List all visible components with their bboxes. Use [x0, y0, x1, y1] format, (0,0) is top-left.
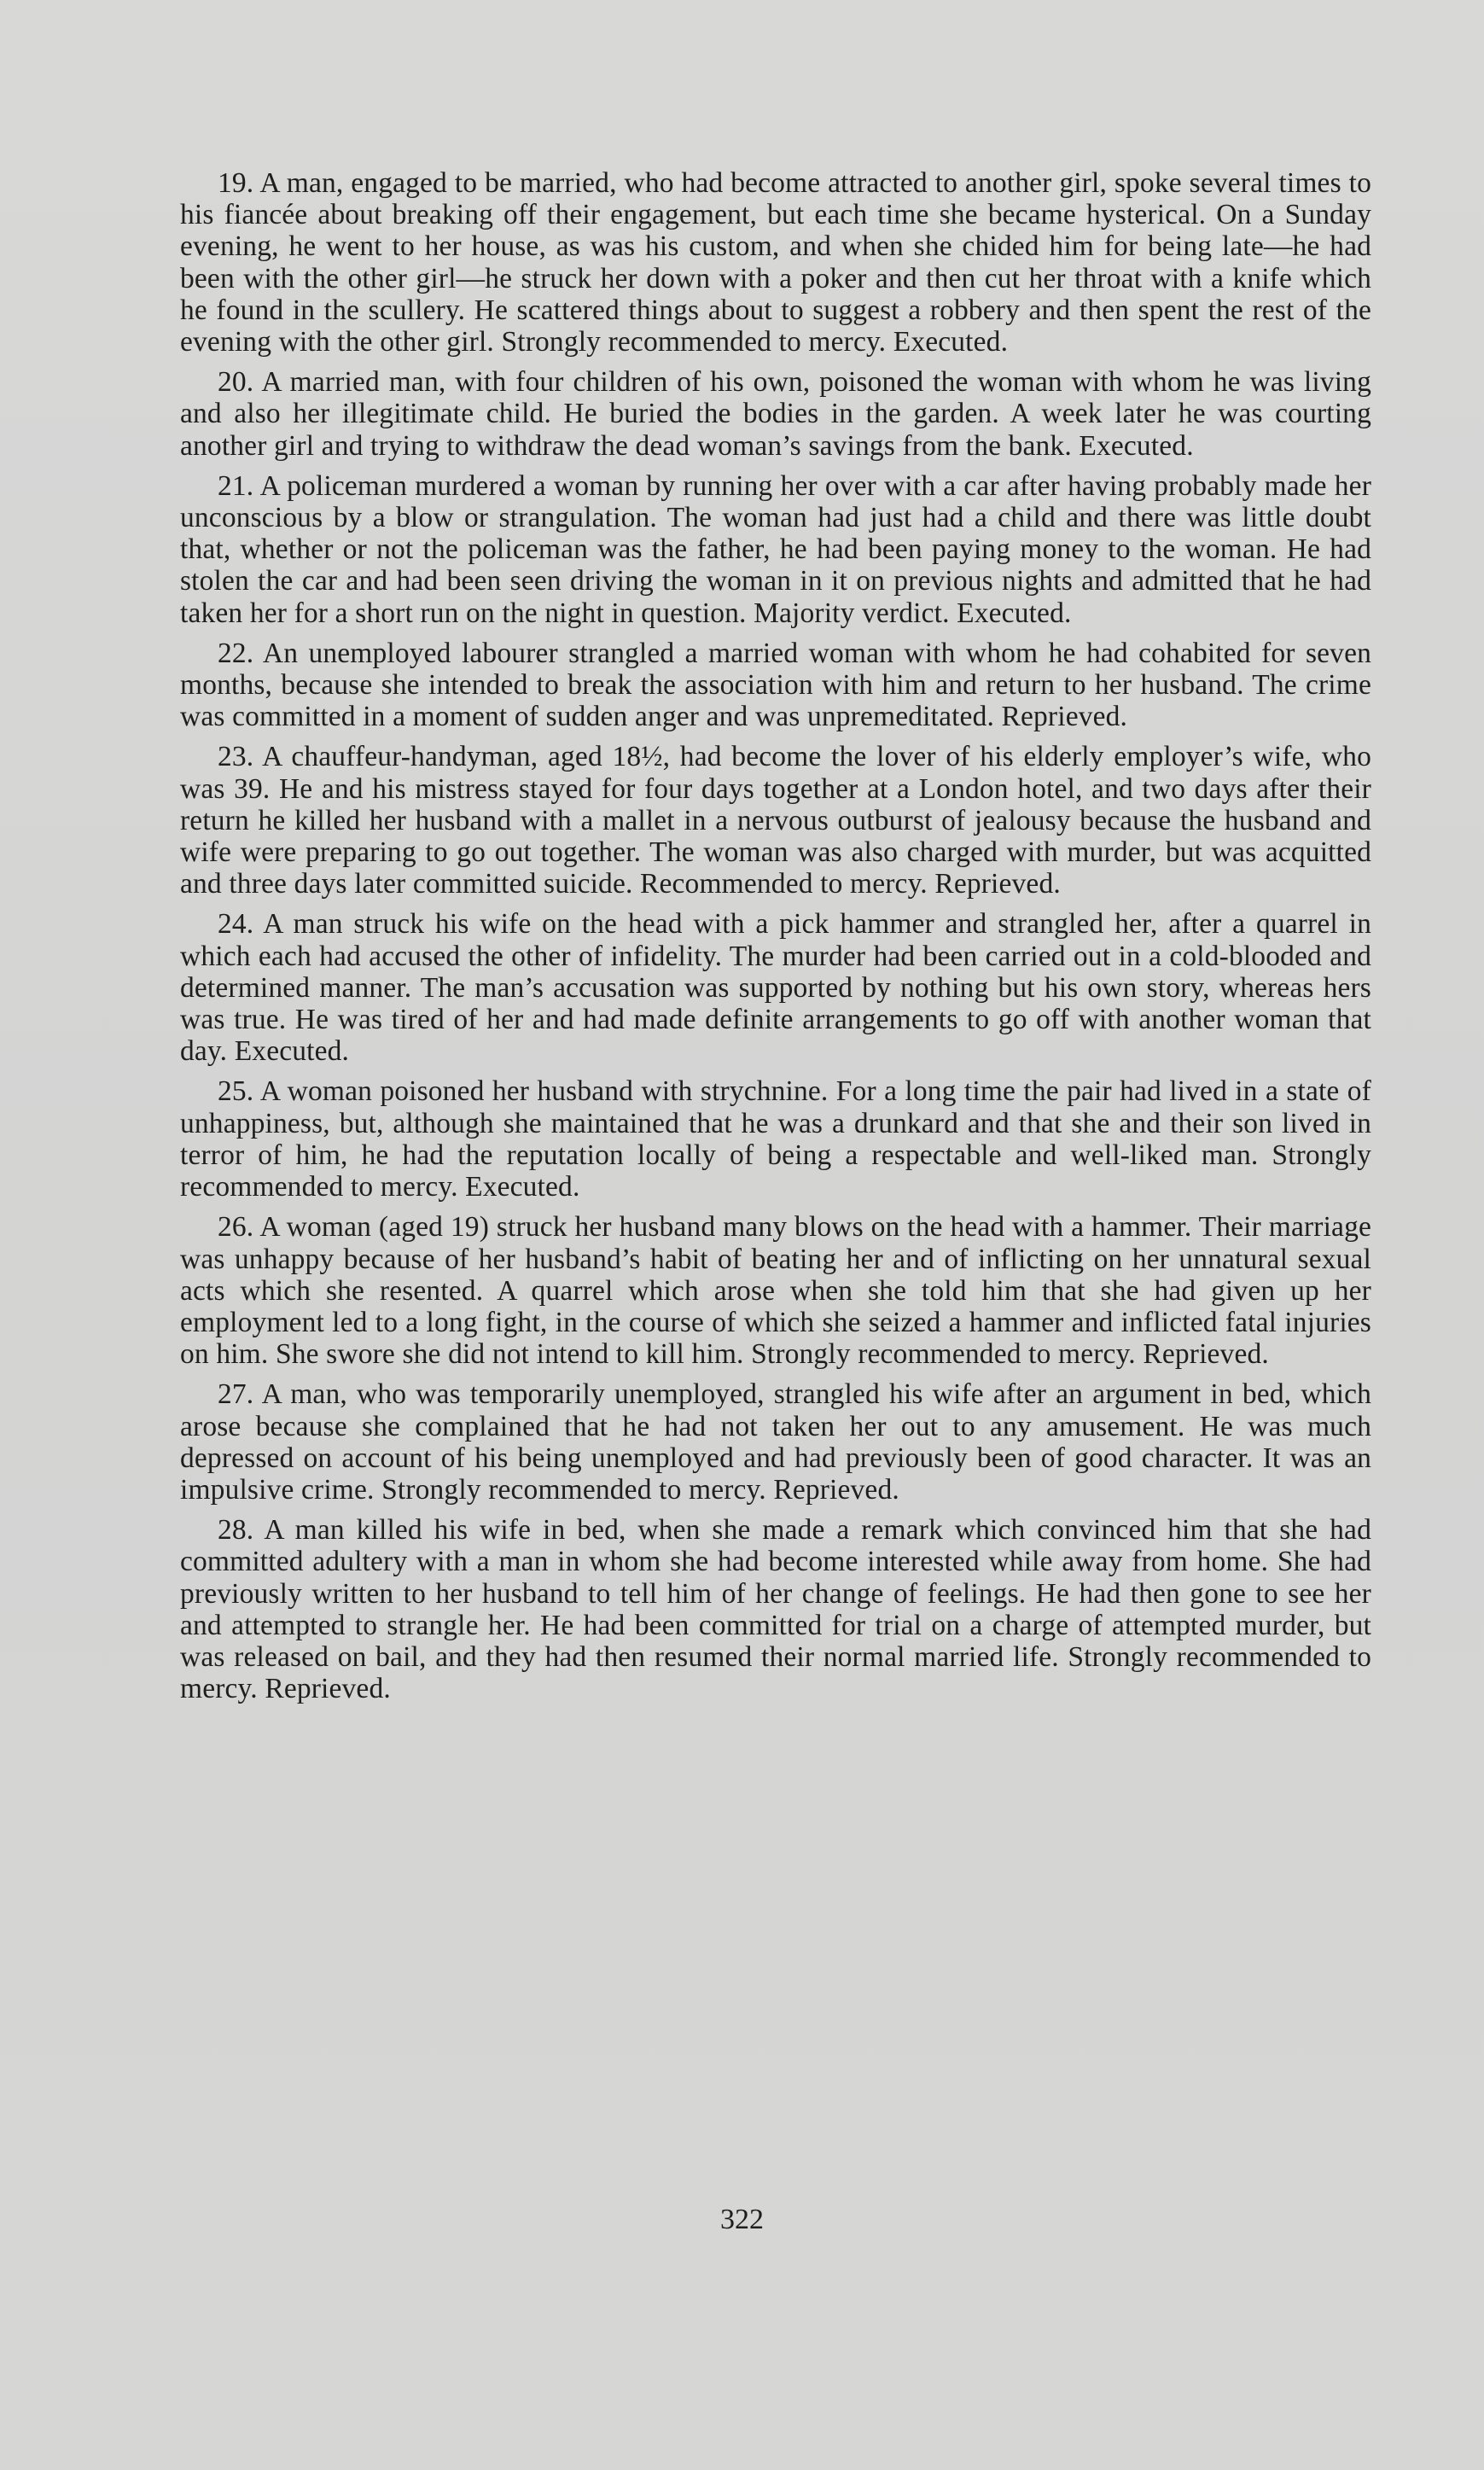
case-paragraph-27: 27. A man, who was temporarily unemploye… — [180, 1378, 1371, 1506]
case-number: 26. — [218, 1211, 253, 1243]
case-number: 20. — [218, 366, 253, 398]
case-paragraph-24: 24. A man struck his wife on the head wi… — [180, 908, 1371, 1067]
case-text: A married man, with four children of his… — [180, 366, 1371, 461]
case-text: A woman poisoned her husband with strych… — [180, 1075, 1371, 1203]
case-text: An unemployed labourer strangled a marri… — [180, 638, 1371, 732]
case-paragraph-21: 21. A policeman murdered a woman by runn… — [180, 470, 1371, 629]
case-number: 21. — [218, 470, 253, 502]
case-paragraph-20: 20. A married man, with four children of… — [180, 366, 1371, 462]
case-number: 24. — [218, 908, 253, 940]
book-page: 19. A man, engaged to be married, who ha… — [0, 0, 1484, 2470]
case-number: 28. — [218, 1514, 253, 1546]
case-paragraph-25: 25. A woman poisoned her husband with st… — [180, 1075, 1371, 1203]
case-paragraph-23: 23. A chauffeur-handyman, aged 18½, had … — [180, 741, 1371, 900]
case-text: A policeman murdered a woman by running … — [180, 470, 1371, 629]
case-text: A man, engaged to be married, who had be… — [180, 167, 1371, 358]
case-number: 19. — [218, 167, 253, 199]
case-paragraph-22: 22. An unemployed labourer strangled a m… — [180, 638, 1371, 733]
page-body: 19. A man, engaged to be married, who ha… — [180, 167, 1371, 1713]
case-paragraph-19: 19. A man, engaged to be married, who ha… — [180, 167, 1371, 358]
case-text: A woman (aged 19) struck her husband man… — [180, 1211, 1371, 1370]
case-paragraph-28: 28. A man killed his wife in bed, when s… — [180, 1514, 1371, 1704]
case-paragraph-26: 26. A woman (aged 19) struck her husband… — [180, 1211, 1371, 1370]
case-number: 23. — [218, 741, 253, 772]
case-text: A man killed his wife in bed, when she m… — [180, 1514, 1371, 1704]
page-number: 322 — [0, 2204, 1484, 2236]
case-text: A chauffeur-handyman, aged 18½, had beco… — [180, 741, 1371, 900]
case-number: 25. — [218, 1075, 253, 1107]
case-text: A man, who was temporarily unemployed, s… — [180, 1378, 1371, 1506]
case-number: 27. — [218, 1378, 253, 1410]
case-number: 22. — [218, 638, 253, 669]
case-text: A man struck his wife on the head with a… — [180, 908, 1371, 1067]
